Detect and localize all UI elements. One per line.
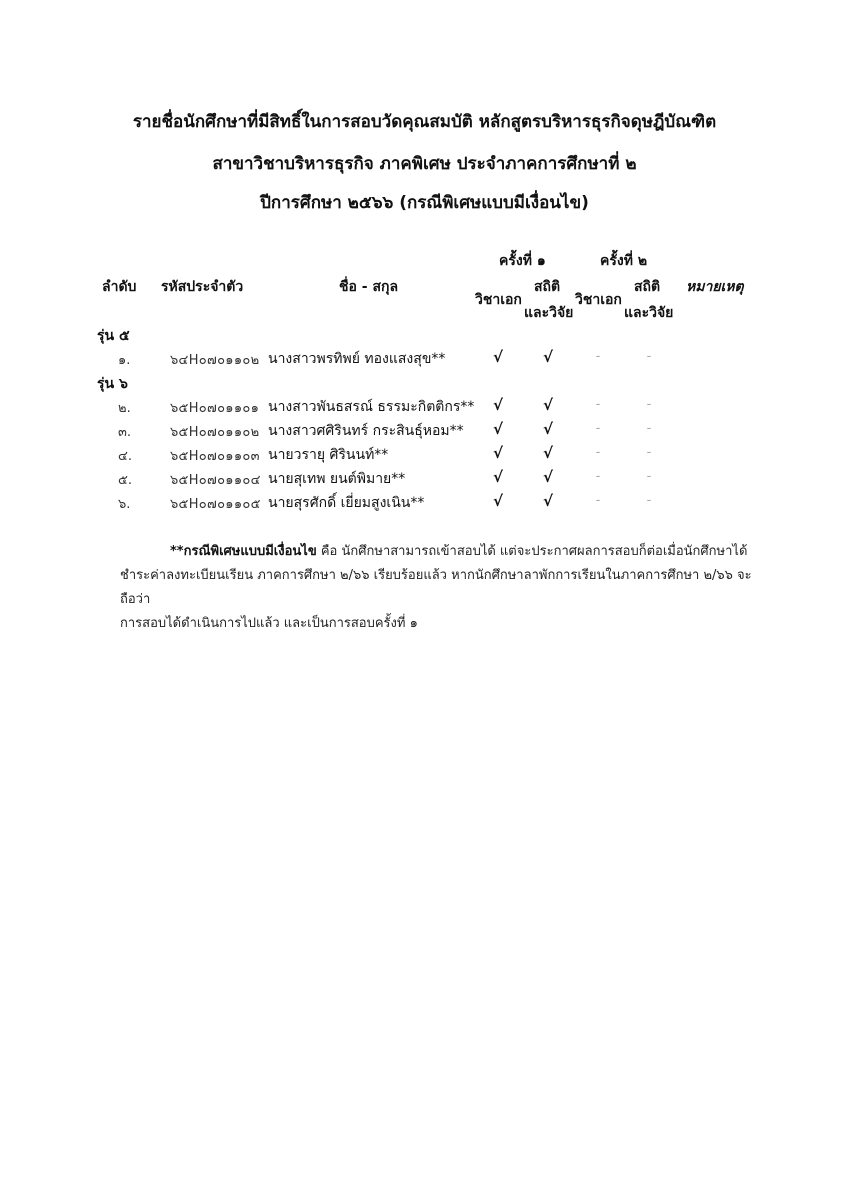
- check-icon: √: [488, 492, 508, 510]
- header-r1-stats-line1: สถิติ: [534, 276, 560, 298]
- row-number: ๒.: [118, 397, 131, 418]
- student-id: ๖๕H๐๗๐๑๑๐๔: [170, 469, 261, 490]
- student-id: ๖๕H๐๗๐๑๑๐๓: [170, 445, 260, 466]
- dash-mark: -: [588, 493, 608, 508]
- header-r1-stats-line2: และวิจัย: [524, 302, 573, 324]
- header-r2-stats-line1: สถิติ: [634, 276, 660, 298]
- row-number: ๔.: [118, 445, 132, 466]
- dash-mark: -: [639, 493, 659, 508]
- header-round-2: ครั้งที่ ๒: [600, 250, 647, 272]
- student-id: ๖๕H๐๗๐๑๑๐๒: [170, 421, 260, 442]
- row-number: ๕.: [118, 469, 132, 490]
- student-name: นายวรายุ ศิรินนท์**: [268, 444, 388, 466]
- dash-mark: -: [588, 349, 608, 364]
- document-title-line-2: สาขาวิชาบริหารธุรกิจ ภาคพิเศษ ประจำภาคกา…: [0, 150, 849, 177]
- group-label: รุ่น ๖: [97, 373, 128, 395]
- dash-mark: -: [639, 421, 659, 436]
- row-number: ๑.: [118, 349, 130, 370]
- footnote: **กรณีพิเศษแบบมีเงื่อนไข คือ นักศึกษาสาม…: [120, 540, 780, 636]
- check-icon: √: [488, 420, 508, 438]
- dash-mark: -: [639, 445, 659, 460]
- check-icon: √: [538, 492, 558, 510]
- header-round-1: ครั้งที่ ๑: [499, 250, 546, 272]
- row-number: ๓.: [118, 421, 131, 442]
- footnote-line-2: ชำระค่าลงทะเบียนเรียน ภาคการศึกษา ๒/๖๖ เ…: [120, 564, 780, 612]
- check-icon: √: [488, 396, 508, 414]
- dash-mark: -: [639, 469, 659, 484]
- check-icon: √: [538, 348, 558, 366]
- header-name: ชื่อ - สกุล: [339, 276, 398, 298]
- student-name: นางสาวพันธสรณ์ ธรรมะกิตติกร**: [268, 396, 474, 418]
- header-r1-major: วิชาเอก: [475, 289, 522, 311]
- row-number: ๖.: [118, 493, 130, 514]
- dash-mark: -: [588, 421, 608, 436]
- footnote-term: **กรณีพิเศษแบบมีเงื่อนไข: [170, 544, 317, 559]
- check-icon: √: [538, 468, 558, 486]
- dash-mark: -: [639, 397, 659, 412]
- check-icon: √: [488, 468, 508, 486]
- student-name: นางสาวพรทิพย์ ทองแสงสุข**: [268, 348, 445, 370]
- check-icon: √: [488, 444, 508, 462]
- group-label: รุ่น ๕: [97, 325, 130, 347]
- check-icon: √: [488, 348, 508, 366]
- check-icon: √: [538, 420, 558, 438]
- document-title-line-3: ปีการศึกษา ๒๕๖๖ (กรณีพิเศษแบบมีเงื่อนไข): [0, 189, 849, 216]
- dash-mark: -: [588, 445, 608, 460]
- header-r2-major: วิชาเอก: [575, 289, 622, 311]
- student-name: นางสาวศศิรินทร์ กระสินธุ์หอม**: [268, 420, 464, 442]
- student-id: ๖๕H๐๗๐๑๑๐๑: [170, 397, 259, 418]
- student-name: นายสุรศักดิ์ เยี่ยมสูงเนิน**: [268, 492, 424, 514]
- footnote-line-1-text: คือ นักศึกษาสามารถเข้าสอบได้ แต่จะประกาศ…: [317, 544, 748, 559]
- header-r2-stats-line2: และวิจัย: [624, 302, 673, 324]
- check-icon: √: [538, 396, 558, 414]
- footnote-line-1: **กรณีพิเศษแบบมีเงื่อนไข คือ นักศึกษาสาม…: [120, 540, 780, 564]
- check-icon: √: [538, 444, 558, 462]
- header-remark: หมายเหตุ: [686, 276, 744, 298]
- header-order: ลำดับ: [102, 276, 136, 298]
- student-id: ๖๕H๐๗๐๑๑๐๕: [170, 493, 261, 514]
- student-id: ๖๔H๐๗๐๑๑๐๒: [170, 349, 260, 370]
- student-name: นายสุเทพ ยนต์พิมาย**: [268, 468, 405, 490]
- dash-mark: -: [639, 349, 659, 364]
- dash-mark: -: [588, 469, 608, 484]
- footnote-line-3: การสอบได้ดำเนินการไปแล้ว และเป็นการสอบคร…: [120, 612, 780, 636]
- dash-mark: -: [588, 397, 608, 412]
- document-title-line-1: รายชื่อนักศึกษาที่มีสิทธิ์ในการสอบวัดคุณ…: [0, 108, 849, 135]
- header-student-id: รหัสประจำตัว: [161, 276, 243, 298]
